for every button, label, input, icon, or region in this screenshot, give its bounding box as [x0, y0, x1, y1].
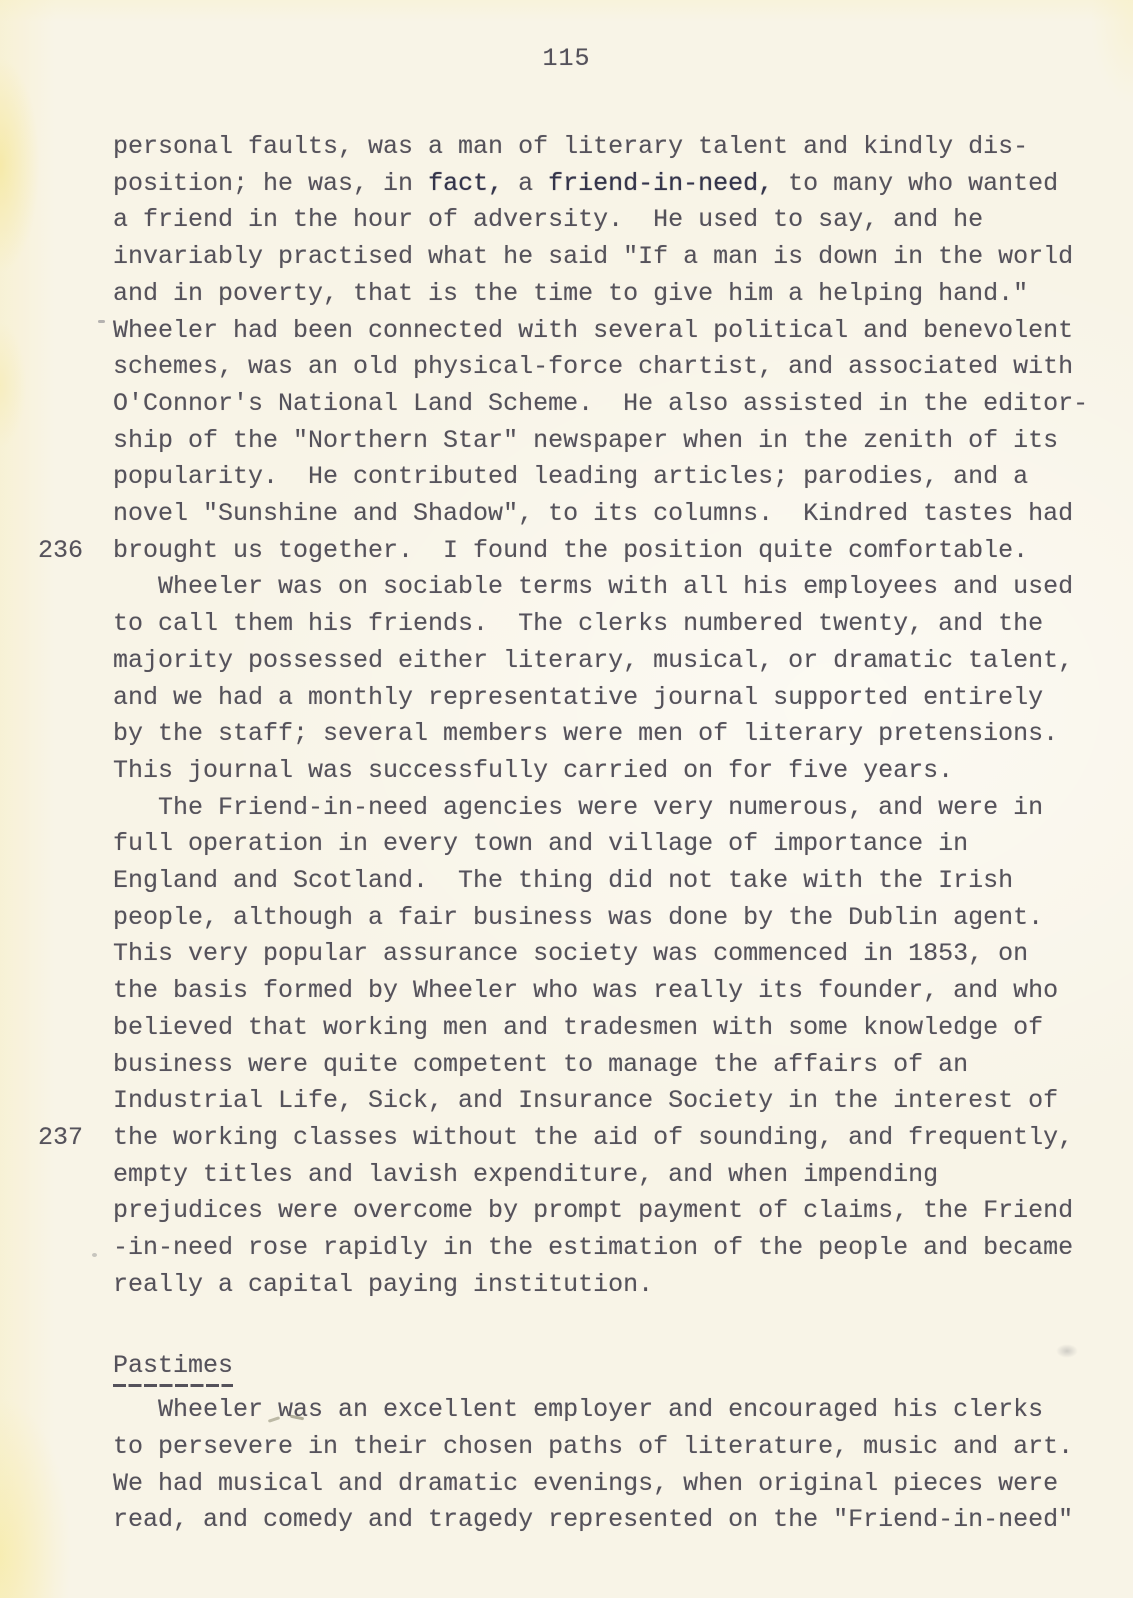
pencil-tick-mark [268, 1414, 308, 1426]
text-segment: England and Scotland. The thing did not … [113, 866, 1013, 895]
text-segment: position; he was, in [113, 169, 428, 198]
text-segment: Industrial Life, Sick, and Insurance Soc… [113, 1086, 1058, 1115]
text-line: read, and comedy and tragedy represented… [113, 1502, 1098, 1539]
text-line: -in-need rose rapidly in the estimation … [113, 1230, 1098, 1267]
text-segment: The Friend-in-need agencies were very nu… [113, 793, 1043, 822]
text-line: 236brought us together. I found the posi… [113, 533, 1098, 570]
text-segment: This very popular assurance society was … [113, 939, 1028, 968]
text-segment: novel "Sunshine and Shadow", to its colu… [113, 499, 1073, 528]
text-line: novel "Sunshine and Shadow", to its colu… [113, 496, 1098, 533]
text-line: empty titles and lavish expenditure, and… [113, 1157, 1098, 1194]
text-segment: a friend in the hour of adversity. He us… [113, 205, 983, 234]
text-segment: by the staff; several members were men o… [113, 719, 1058, 748]
text-segment: -in-need rose rapidly in the estimation … [113, 1233, 1073, 1262]
emphasized-text: friend-in-need, [548, 169, 773, 198]
text-segment: the working classes without the aid of s… [113, 1123, 1073, 1152]
text-line: believed that working men and tradesmen … [113, 1010, 1098, 1047]
text-segment: schemes, was an old physical-force chart… [113, 352, 1073, 381]
margin-paragraph-number: 236 [38, 533, 83, 570]
text-segment: O'Connor's National Land Scheme. He also… [113, 389, 1088, 418]
text-segment: brought us together. I found the positio… [113, 536, 1028, 565]
text-line: full operation in every town and village… [113, 826, 1098, 863]
text-segment: invariably practised what he said "If a … [113, 242, 1073, 271]
text-line: Wheeler was on sociable terms with all h… [113, 569, 1098, 606]
paper-smudge [1056, 1344, 1078, 1358]
text-segment: popularity. He contributed leading artic… [113, 462, 1028, 491]
text-segment: Wheeler was an excellent employer and en… [113, 1395, 1043, 1424]
text-line: Wheeler was an excellent employer and en… [113, 1392, 1098, 1429]
page-number: 115 [0, 44, 1133, 73]
text-line: popularity. He contributed leading artic… [113, 459, 1098, 496]
text-segment: and in poverty, that is the time to give… [113, 279, 1028, 308]
text-segment: the basis formed by Wheeler who was real… [113, 976, 1058, 1005]
heading-text: Pastimes [113, 1348, 233, 1388]
text-line: majority possessed either literary, musi… [113, 643, 1098, 680]
emphasized-text: fact, [428, 169, 503, 198]
text-segment: believed that working men and tradesmen … [113, 1013, 1043, 1042]
text-line: ship of the "Northern Star" newspaper wh… [113, 423, 1098, 460]
text-segment: majority possessed either literary, musi… [113, 646, 1073, 675]
text-segment: Wheeler had been connected with several … [113, 316, 1073, 345]
text-line: the basis formed by Wheeler who was real… [113, 973, 1098, 1010]
text-line: to call them his friends. The clerks num… [113, 606, 1098, 643]
text-segment: business were quite competent to manage … [113, 1050, 968, 1079]
margin-paragraph-number: 237 [38, 1120, 83, 1157]
text-line: and we had a monthly representative jour… [113, 680, 1098, 717]
text-segment: a [503, 169, 548, 198]
text-line: really a capital paying institution. [113, 1267, 1098, 1304]
text-line: and in poverty, that is the time to give… [113, 276, 1098, 313]
text-line: people, although a fair business was don… [113, 900, 1098, 937]
text-segment: to persevere in their chosen paths of li… [113, 1432, 1073, 1461]
text-line: invariably practised what he said "If a … [113, 239, 1098, 276]
text-segment: read, and comedy and tragedy represented… [113, 1505, 1073, 1534]
text-line: O'Connor's National Land Scheme. He also… [113, 386, 1098, 423]
text-segment: full operation in every town and village… [113, 829, 968, 858]
text-segment: really a capital paying institution. [113, 1270, 653, 1299]
text-segment: ship of the "Northern Star" newspaper wh… [113, 426, 1058, 455]
text-line: The Friend-in-need agencies were very nu… [113, 790, 1098, 827]
typewritten-text-block: personal faults, was a man of literary t… [113, 129, 1098, 1539]
text-line: This journal was successfully carried on… [113, 753, 1098, 790]
text-segment: people, although a fair business was don… [113, 903, 1043, 932]
text-line: a friend in the hour of adversity. He us… [113, 202, 1098, 239]
text-line: We had musical and dramatic evenings, wh… [113, 1466, 1098, 1503]
text-segment: This journal was successfully carried on… [113, 756, 953, 785]
text-line: schemes, was an old physical-force chart… [113, 349, 1098, 386]
text-line: position; he was, in fact, a friend-in-n… [113, 166, 1098, 203]
text-line: 237the working classes without the aid o… [113, 1120, 1098, 1157]
text-segment: empty titles and lavish expenditure, and… [113, 1160, 938, 1189]
text-segment: Wheeler was on sociable terms with all h… [113, 572, 1073, 601]
text-segment: prejudices were overcome by prompt payme… [113, 1196, 1073, 1225]
text-segment: personal faults, was a man of literary t… [113, 132, 1028, 161]
text-line: to persevere in their chosen paths of li… [113, 1429, 1098, 1466]
text-line: prejudices were overcome by prompt payme… [113, 1193, 1098, 1230]
text-line: England and Scotland. The thing did not … [113, 863, 1098, 900]
text-line: Wheeler had been connected with several … [113, 313, 1098, 350]
scanned-typescript-page: 115 personal faults, was a man of litera… [0, 0, 1133, 1598]
text-segment: to many who wanted [773, 169, 1058, 198]
ink-speck [92, 1253, 97, 1257]
text-line: This very popular assurance society was … [113, 936, 1098, 973]
text-segment: to call them his friends. The clerks num… [113, 609, 1043, 638]
text-segment: and we had a monthly representative jour… [113, 683, 1043, 712]
text-segment: We had musical and dramatic evenings, wh… [113, 1469, 1058, 1498]
text-line: by the staff; several members were men o… [113, 716, 1098, 753]
text-line: personal faults, was a man of literary t… [113, 129, 1098, 166]
text-line: business were quite competent to manage … [113, 1047, 1098, 1084]
section-heading: Pastimes [113, 1348, 1098, 1388]
text-line: Industrial Life, Sick, and Insurance Soc… [113, 1083, 1098, 1120]
ink-speck [98, 320, 105, 323]
